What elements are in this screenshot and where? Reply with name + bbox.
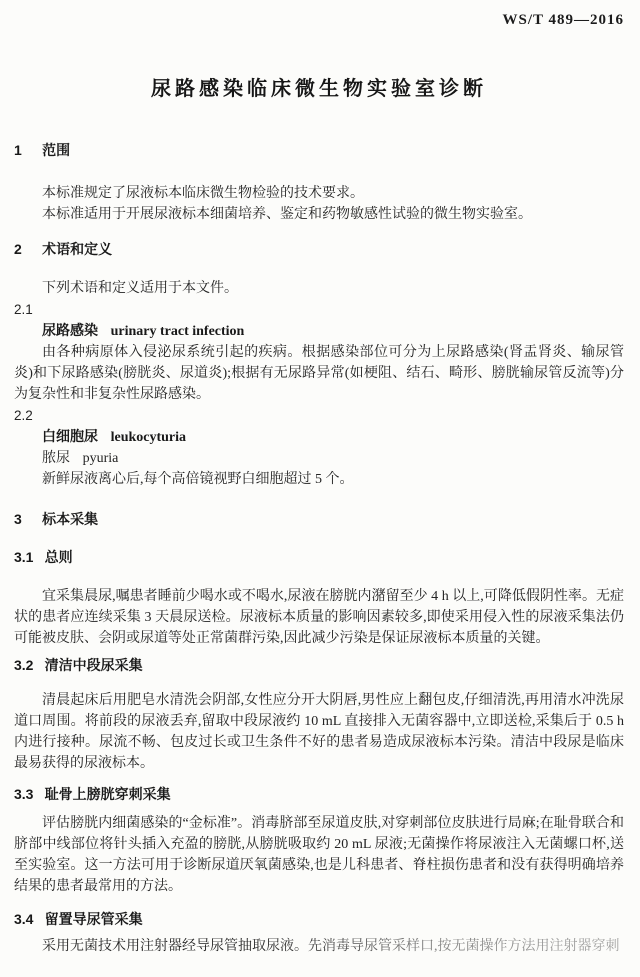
term-2-1-line: 尿路感染urinary tract infection bbox=[14, 320, 624, 342]
section-3-4-title: 留置导尿管采集 bbox=[45, 911, 143, 927]
section-3-1-number: 3.1 bbox=[14, 549, 33, 565]
section-3-2-paragraph: 清晨起床后用肥皂水清洗会阴部,女性应分开大阴唇,男性应上翻包皮,仔细清洗,再用清… bbox=[14, 690, 624, 774]
term-2-2-zh: 白细胞尿 bbox=[42, 428, 98, 444]
section-1-paragraph-2: 本标准适用于开展尿液标本细菌培养、鉴定和药物敏感性试验的微生物实验室。 bbox=[14, 204, 624, 225]
term-2-1-en: urinary tract infection bbox=[111, 324, 245, 339]
section-3-1-title: 总则 bbox=[45, 549, 73, 565]
section-2-heading: 2术语和定义 bbox=[14, 239, 624, 260]
section-2-title: 术语和定义 bbox=[42, 241, 112, 257]
section-2-number: 2 bbox=[14, 241, 22, 257]
document-page: WS/T 489—2016 尿路感染临床微生物实验室诊断 1范围 本标准规定了尿… bbox=[0, 0, 640, 977]
term-2-2-alias-en: pyuria bbox=[83, 451, 119, 466]
section-1-title: 范围 bbox=[42, 142, 70, 158]
section-3-3-title: 耻骨上膀胱穿刺采集 bbox=[45, 786, 171, 802]
term-2-2-number: 2.2 bbox=[14, 405, 624, 426]
term-2-2-line: 白细胞尿leukocyturia bbox=[14, 426, 624, 448]
section-3-2-title: 清洁中段尿采集 bbox=[45, 657, 143, 673]
section-3-4-heading: 3.4留置导尿管采集 bbox=[14, 909, 624, 930]
section-1-number: 1 bbox=[14, 142, 22, 158]
section-3-3-number: 3.3 bbox=[14, 786, 33, 802]
term-2-2-en: leukocyturia bbox=[111, 430, 186, 445]
section-1-heading: 1范围 bbox=[14, 140, 624, 161]
section-3-4-paragraph: 采用无菌技术用注射器经导尿管抽取尿液。先消毒导尿管采样口,按无菌操作方法用注射器… bbox=[14, 936, 624, 957]
section-3-3-heading: 3.3耻骨上膀胱穿刺采集 bbox=[14, 784, 624, 805]
standard-number: WS/T 489—2016 bbox=[14, 10, 624, 31]
page-title: 尿路感染临床微生物实验室诊断 bbox=[14, 75, 624, 104]
term-2-1-zh: 尿路感染 bbox=[42, 322, 98, 338]
section-3-1-heading: 3.1总则 bbox=[14, 547, 624, 568]
section-1-paragraph-1: 本标准规定了尿液标本临床微生物检验的技术要求。 bbox=[14, 183, 624, 204]
section-3-1-paragraph: 宜采集晨尿,嘱患者睡前少喝水或不喝水,尿液在膀胱内潴留至少 4 h 以上,可降低… bbox=[14, 586, 624, 649]
section-3-4-number: 3.4 bbox=[14, 911, 33, 927]
section-3-2-number: 3.2 bbox=[14, 657, 33, 673]
section-3-3-paragraph: 评估膀胱内细菌感染的“金标准”。消毒脐部至尿道皮肤,对穿刺部位皮肤进行局麻;在耻… bbox=[14, 813, 624, 897]
section-3-heading: 3标本采集 bbox=[14, 509, 624, 530]
section-3-title: 标本采集 bbox=[42, 511, 98, 527]
term-2-2-definition: 新鲜尿液离心后,每个高倍镜视野白细胞超过 5 个。 bbox=[14, 469, 624, 490]
section-2-intro: 下列术语和定义适用于本文件。 bbox=[14, 278, 624, 299]
section-3-2-heading: 3.2清洁中段尿采集 bbox=[14, 655, 624, 676]
section-3-number: 3 bbox=[14, 511, 22, 527]
term-2-1-number: 2.1 bbox=[14, 299, 624, 320]
term-2-2-alias-zh: 脓尿 bbox=[42, 451, 70, 466]
term-2-1-definition: 由各种病原体入侵泌尿系统引起的疾病。根据感染部位可分为上尿路感染(肾盂肾炎、输尿… bbox=[14, 342, 624, 405]
term-2-2-alias-line: 脓尿pyuria bbox=[14, 448, 624, 469]
